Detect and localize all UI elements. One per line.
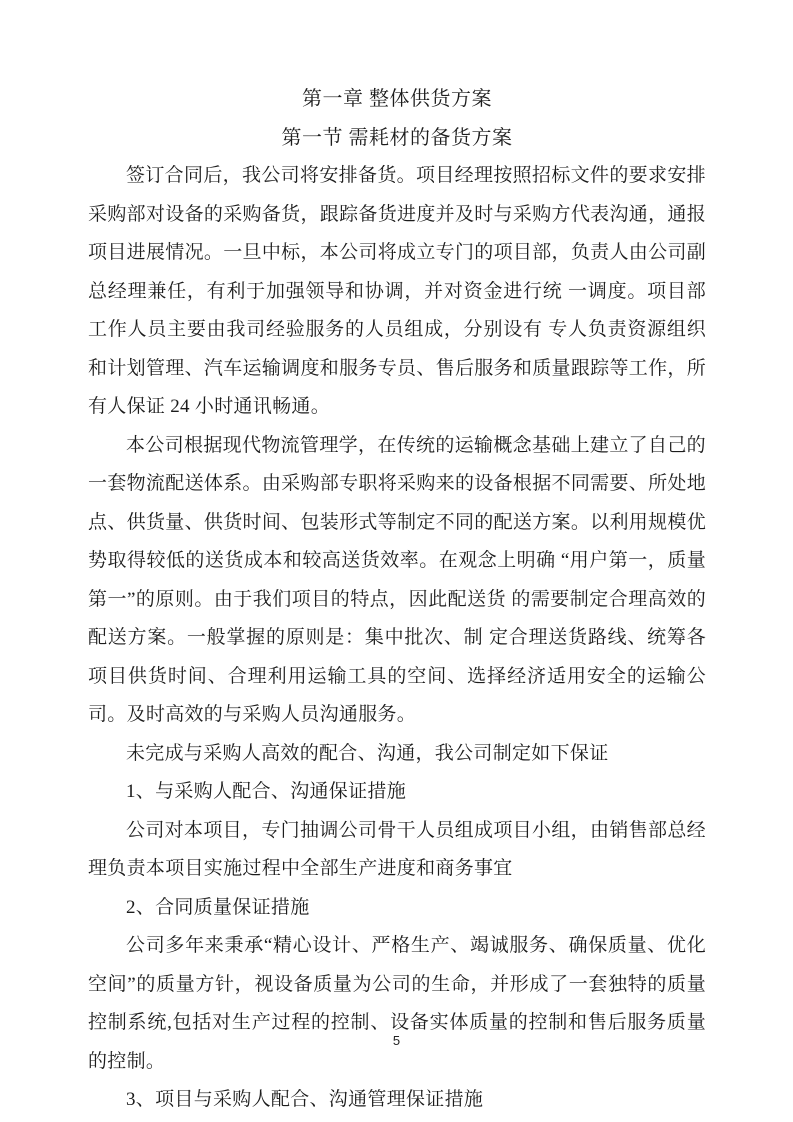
paragraph-quality-policy: 公司多年来秉承“精心设计、严格生产、竭诚服务、确保质量、优化空间”的质量方针，视…: [88, 927, 706, 1081]
paragraph-guarantee-intro: 未完成与采购人高效的配合、沟通，我公司制定如下保证: [88, 735, 706, 774]
paragraph-logistics-system: 本公司根据现代物流管理学，在传统的运输概念基础上建立了自己的一套物流配送体系。由…: [88, 427, 706, 735]
paragraph-project-team: 公司对本项目，专门抽调公司骨干人员组成项目小组，由销售部总经理负责本项目实施过程…: [88, 812, 706, 889]
page-content: 第一章 整体供货方案 第一节 需耗材的备货方案 签订合同后，我公司将安排备货。项…: [88, 80, 706, 1120]
paragraph-stocking-intro: 签订合同后，我公司将安排备货。项目经理按照招标文件的要求安排采购部对设备的采购备…: [88, 157, 706, 427]
list-item-1-cooperation-measures: 1、与采购人配合、沟通保证措施: [88, 773, 706, 812]
section-title: 第一节 需耗材的备货方案: [88, 119, 706, 158]
list-item-3-communication-measures: 3、项目与采购人配合、沟通管理保证措施: [88, 1081, 706, 1120]
chapter-title: 第一章 整体供货方案: [88, 80, 706, 119]
document-page: 第一章 整体供货方案 第一节 需耗材的备货方案 签订合同后，我公司将安排备货。项…: [0, 0, 793, 1122]
list-item-2-quality-measures: 2、合同质量保证措施: [88, 889, 706, 928]
page-number: 5: [0, 1033, 793, 1048]
